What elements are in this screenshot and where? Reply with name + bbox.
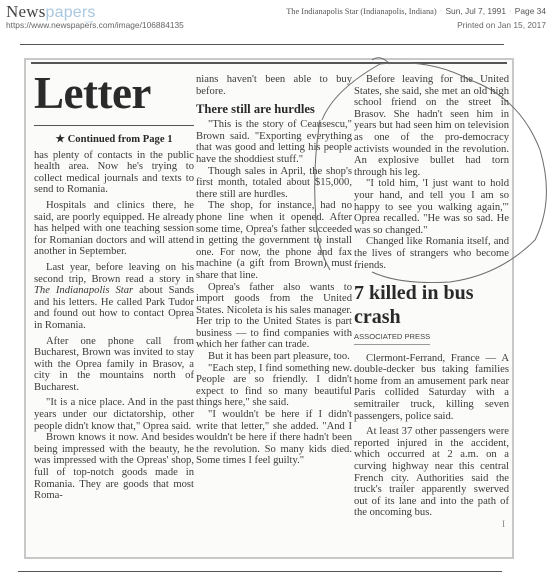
image-url[interactable]: https://www.newspapers.com/image/1068841… [6, 20, 184, 30]
logo-news: News [6, 2, 46, 21]
bus-crash-headline: 7 killed in bus crash [354, 281, 509, 329]
continued-from-label: ★ Continued from Page 1 [34, 134, 194, 146]
subheading: There still are hurdles [196, 101, 352, 117]
paragraph: Oprea's father also wants to import good… [196, 282, 352, 352]
paragraph: Changed like Romania itself, and the liv… [354, 236, 509, 271]
paragraph: The shop, for instance, had no phone lin… [196, 200, 352, 281]
paragraph: Brown knows it now. And besides being im… [34, 432, 194, 502]
paragraph: "Each step, I find something new. People… [196, 363, 352, 409]
paragraph: At least 37 other passengers were report… [354, 426, 509, 519]
title-rule [34, 125, 194, 126]
page-number: Page 34 [515, 6, 546, 16]
end-mark: I [354, 519, 509, 531]
source-line: The Indianapolis Star (Indianapolis, Ind… [286, 6, 546, 16]
paragraph: Hospitals and clinics there, he said, ar… [34, 200, 194, 258]
paragraph: "I told him, 'I just want to hold your h… [354, 178, 509, 236]
publication-date: Sun, Jul 7, 1991 [445, 6, 506, 16]
separator: · [509, 7, 512, 16]
paragraph: "I wouldn't be here if I didn't write th… [196, 409, 352, 467]
paragraph: "It is a nice place. And in the past yea… [34, 397, 194, 432]
column-2: nians haven't been able to buy before. T… [196, 74, 352, 467]
byline: ASSOCIATED PRESS [354, 331, 430, 345]
paragraph: Last year, before leaving on his second … [34, 262, 194, 332]
paragraph: nians haven't been able to buy before. [196, 74, 352, 97]
article-title: Letter [34, 68, 194, 118]
publication-name: The Indianapolis Star (Indianapolis, Ind… [286, 7, 436, 16]
top-divider [20, 44, 504, 45]
newspaper-clipping: Letter ★ Continued from Page 1 has plent… [24, 58, 514, 559]
paragraph: Though sales in April, the shop's first … [196, 166, 352, 201]
separator: · [440, 7, 443, 16]
column-1: Letter ★ Continued from Page 1 has plent… [34, 60, 194, 502]
paragraph: has plenty of contacts in the public hea… [34, 150, 194, 196]
bottom-divider [18, 571, 502, 572]
paragraph: After one phone call from Bucharest, Bro… [34, 336, 194, 394]
newspapers-logo[interactable]: Newspapers .com [6, 2, 96, 22]
paragraph: "This is the story of Ceausescu," Brown … [196, 119, 352, 165]
paragraph: But it has been part pleasure, too. [196, 351, 352, 363]
italic-publication: The Indianapolis Star [34, 285, 133, 296]
paragraph: Clermont-Ferrand, France — A double-deck… [354, 353, 509, 423]
printed-date: Printed on Jan 15, 2017 [457, 20, 546, 30]
paragraph: Before leaving for the United States, sh… [354, 74, 509, 178]
column-3: Before leaving for the United States, sh… [354, 74, 509, 531]
